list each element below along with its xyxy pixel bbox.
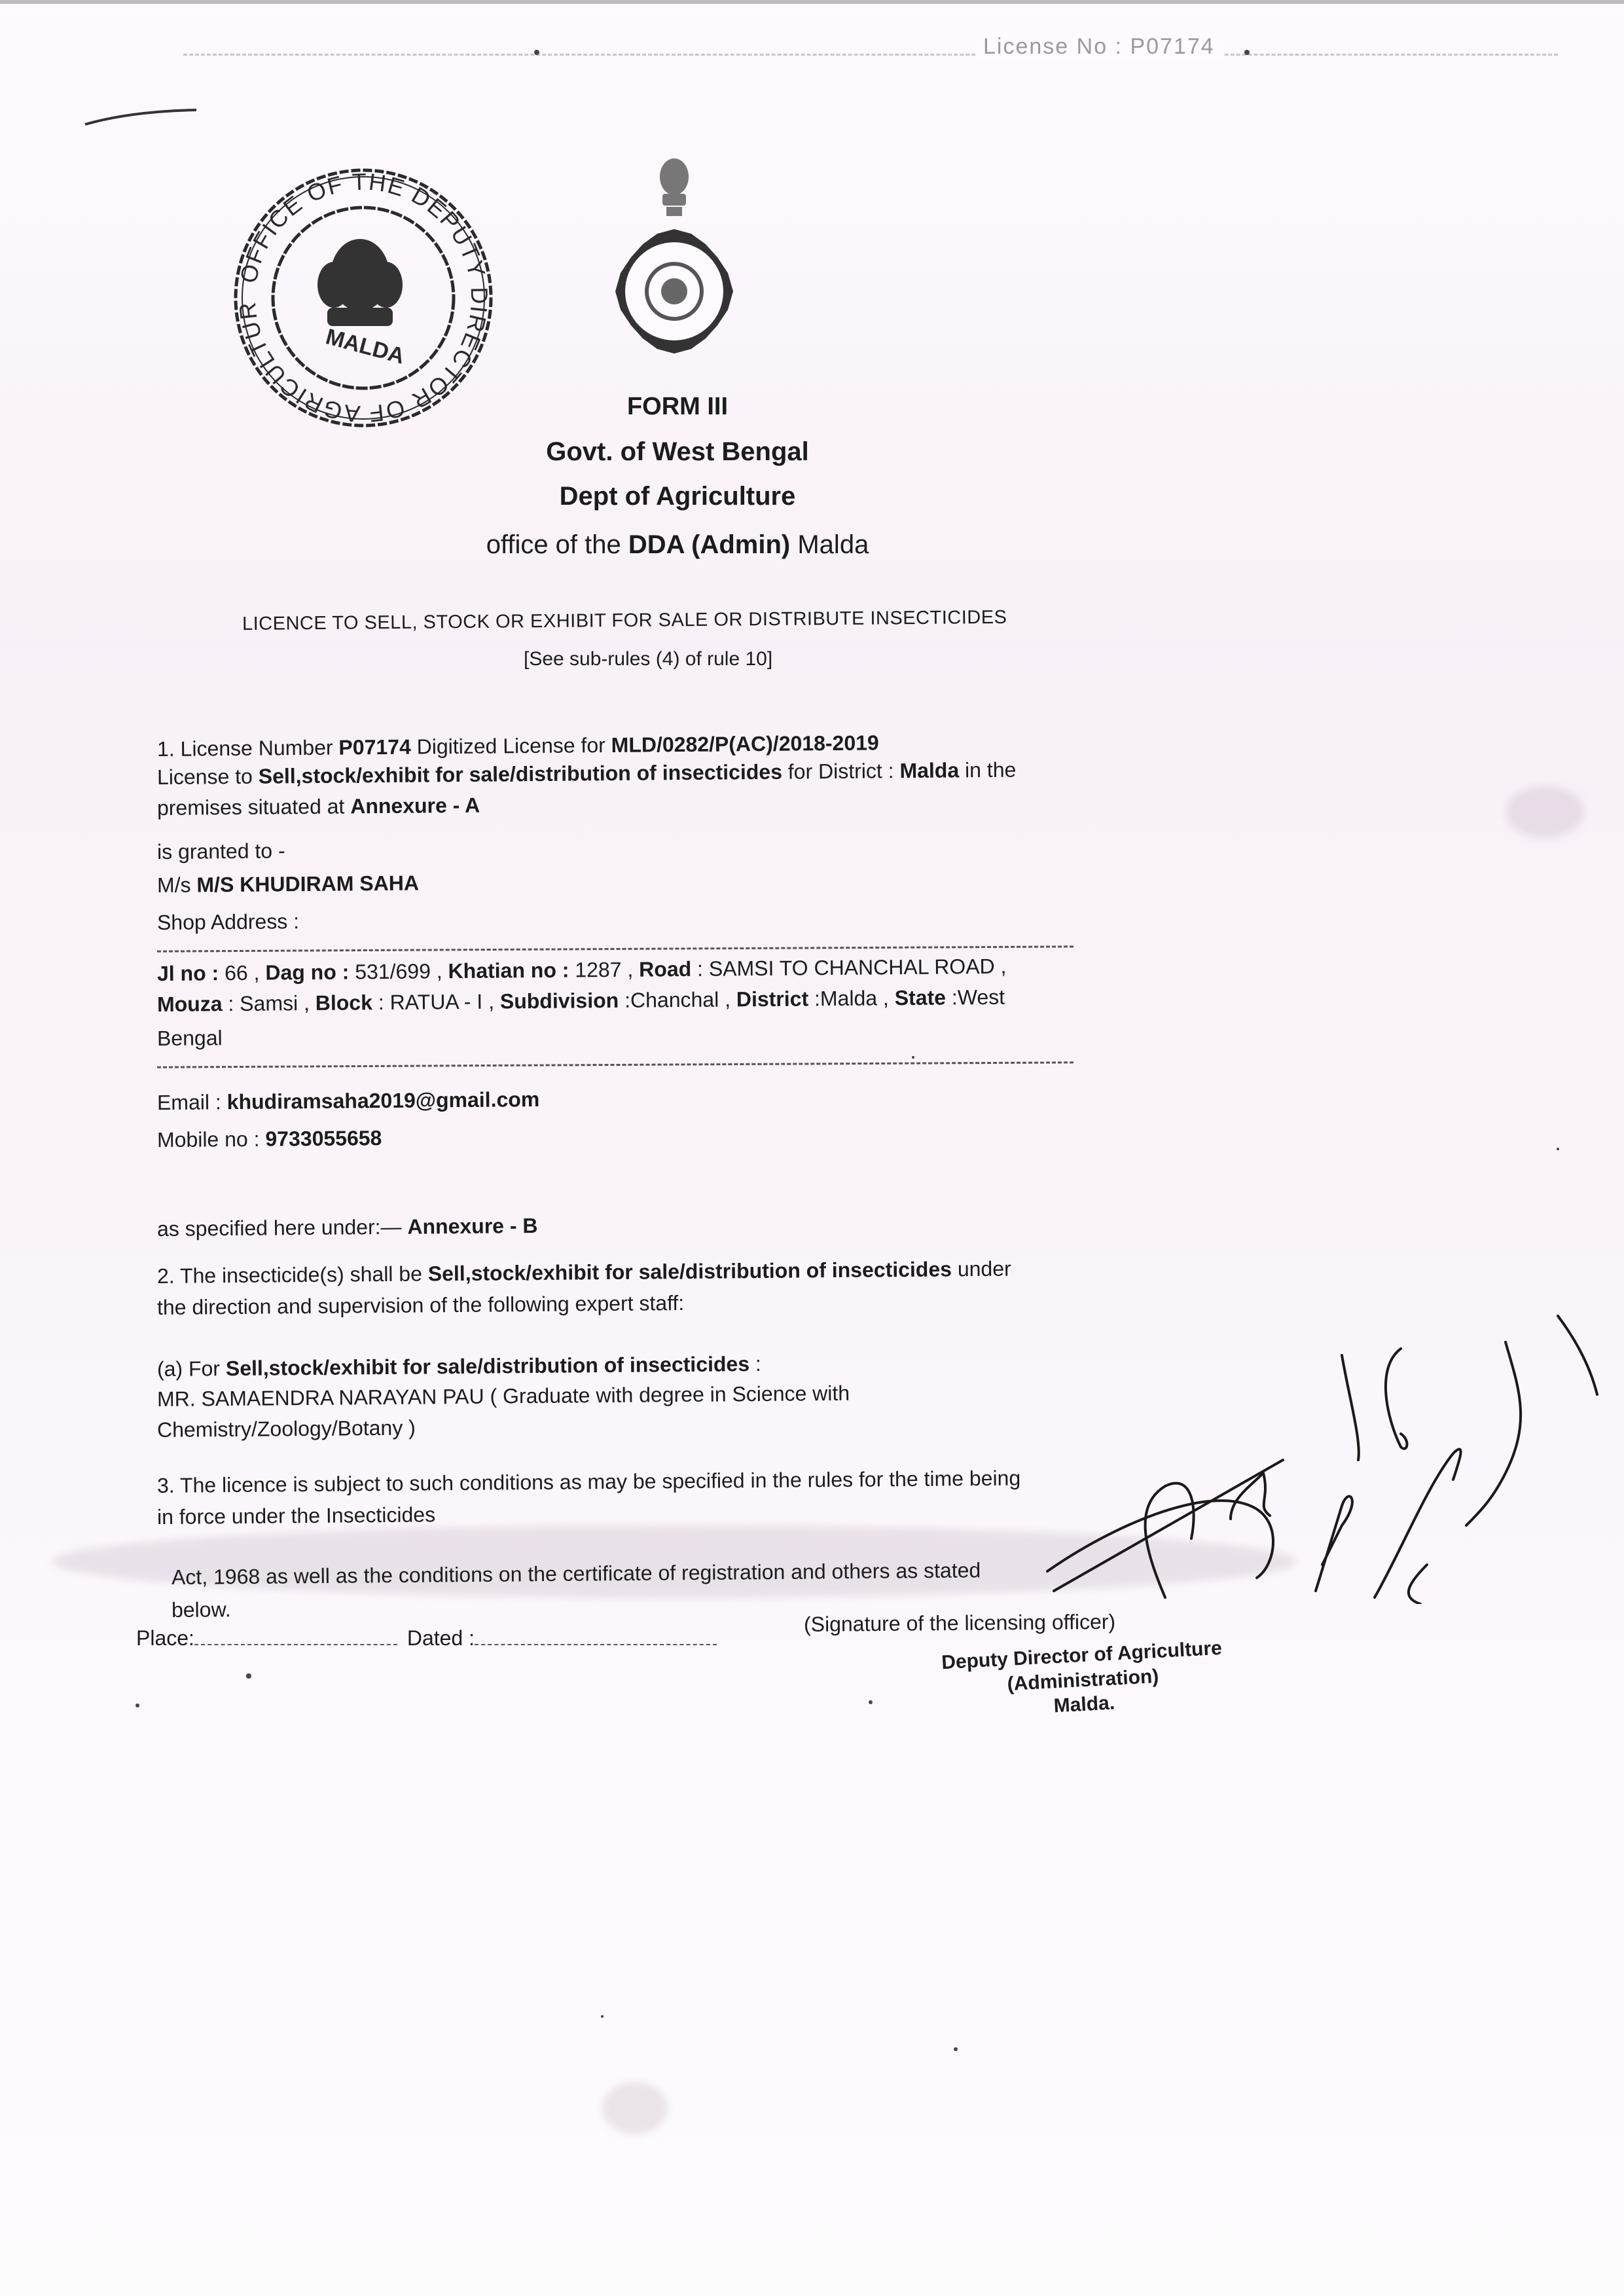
dated-label: Dated : bbox=[407, 1626, 475, 1650]
khatian-number: 1287 bbox=[575, 958, 621, 982]
label: 2. The insecticide(s) shall be bbox=[157, 1262, 428, 1288]
section2-line1: 2. The insecticide(s) shall be Sell,stoc… bbox=[157, 1256, 1011, 1289]
license-number: P07174 bbox=[338, 735, 411, 759]
label: License to bbox=[157, 765, 259, 789]
office-prefix: office of the bbox=[486, 530, 628, 559]
state: :West bbox=[946, 985, 1005, 1010]
label: Mobile no : bbox=[157, 1127, 266, 1152]
expert-staff-line1: MR. SAMAENDRA NARAYAN PAU ( Graduate wit… bbox=[157, 1381, 850, 1412]
shop-address-label: Shop Address : bbox=[157, 909, 299, 935]
place-blank bbox=[194, 1639, 397, 1645]
scan-smudge bbox=[602, 2082, 668, 2134]
scan-edge bbox=[0, 0, 1624, 4]
licensed-activity: Sell,stock/exhibit for sale/distribution… bbox=[259, 760, 782, 788]
label: Jl no : bbox=[157, 961, 225, 985]
label: 1. License Number bbox=[157, 736, 339, 761]
header-dashed-line bbox=[183, 54, 1558, 56]
section3-line4: below. bbox=[171, 1597, 231, 1622]
government-name: Govt. of West Bengal bbox=[0, 437, 1355, 467]
licensee-name: M/S KHUDIRAM SAHA bbox=[196, 871, 419, 897]
label: M/s bbox=[157, 873, 197, 897]
section1-line1: 1. License Number P07174 Digitized Licen… bbox=[157, 730, 879, 761]
office-name: DDA (Admin) bbox=[628, 530, 790, 559]
dated-blank bbox=[475, 1639, 717, 1645]
department-name: Dept of Agriculture bbox=[0, 482, 1355, 511]
address-divider-bottom bbox=[157, 1061, 1074, 1068]
licence-title: LICENCE TO SELL, STOCK OR EXHIBIT FOR SA… bbox=[242, 607, 1007, 635]
issuing-office: office of the DDA (Admin) Malda bbox=[0, 530, 1355, 560]
expert-staff-line2: Chemistry/Zoology/Botany ) bbox=[157, 1415, 416, 1443]
block: : RATUA - I , bbox=[372, 989, 500, 1014]
label: under bbox=[952, 1257, 1011, 1281]
address-district: :Malda , bbox=[808, 986, 895, 1010]
supervised-activity: Sell,stock/exhibit for sale/distribution… bbox=[226, 1352, 749, 1380]
label: (a) For bbox=[157, 1357, 226, 1381]
mobile-line: Mobile no : 9733055658 bbox=[157, 1125, 382, 1152]
label: State bbox=[895, 985, 947, 1010]
annexure-b: Annexure - B bbox=[407, 1214, 537, 1239]
office-stamp-icon: OFFICE OF THE DEPUTY DIRECTOR OF AGRICUL… bbox=[229, 164, 497, 432]
jl-number: 66 bbox=[225, 961, 248, 985]
label: as specified here under:— bbox=[157, 1215, 408, 1241]
pen-mark-icon bbox=[79, 98, 209, 137]
dag-number: 531/699 bbox=[355, 959, 431, 983]
label: : bbox=[749, 1352, 761, 1376]
officer-seal: Deputy Director of Agriculture (Administ… bbox=[941, 1636, 1225, 1724]
rule-reference: [See sub-rules (4) of rule 10] bbox=[524, 648, 772, 670]
annexure-a: Annexure - A bbox=[350, 793, 480, 818]
section3-line1: 3. The licence is subject to such condit… bbox=[157, 1465, 1021, 1498]
label: Subdivision bbox=[500, 989, 619, 1013]
label: Block bbox=[316, 991, 372, 1015]
road: : SAMSI TO CHANCHAL ROAD , bbox=[691, 955, 1007, 981]
handwritten-signature-icon bbox=[1034, 1290, 1604, 1604]
place-field: Place: Dated : bbox=[136, 1626, 717, 1650]
label: Khatian no : bbox=[448, 958, 575, 983]
license-number-header: License No : P07174 bbox=[975, 34, 1223, 60]
mouza: : Samsi , bbox=[222, 991, 316, 1015]
section1-line3: premises situated at Annexure - A bbox=[157, 793, 480, 821]
label: premises situated at bbox=[157, 794, 351, 820]
licensee-line: M/s M/S KHUDIRAM SAHA bbox=[157, 871, 419, 898]
section2-a-line: (a) For Sell,stock/exhibit for sale/dist… bbox=[157, 1351, 761, 1381]
address-line2: Mouza : Samsi , Block : RATUA - I , Subd… bbox=[157, 985, 1005, 1017]
label: Road bbox=[639, 957, 691, 981]
granted-to-label: is granted to - bbox=[157, 838, 285, 864]
label: District bbox=[736, 987, 809, 1011]
label: in the bbox=[959, 758, 1016, 782]
label: Mouza bbox=[157, 992, 223, 1016]
section3-line2: in force under the Insecticides bbox=[157, 1502, 435, 1529]
form-number: FORM III bbox=[0, 393, 1355, 421]
address-line1: Jl no : 66 , Dag no : 531/699 , Khatian … bbox=[157, 954, 1007, 987]
signature-caption: (Signature of the licensing officer) bbox=[804, 1609, 1115, 1637]
svg-text:MALDA: MALDA bbox=[323, 324, 407, 369]
west-bengal-emblem-icon bbox=[602, 151, 785, 360]
place-label: Place: bbox=[136, 1626, 194, 1650]
address-divider-top bbox=[157, 945, 1074, 952]
label: Digitized License for bbox=[411, 733, 611, 759]
address-line3: Bengal bbox=[157, 1025, 223, 1051]
section2-line2: the direction and supervision of the fol… bbox=[157, 1290, 685, 1320]
licensed-activity: Sell,stock/exhibit for sale/distribution… bbox=[428, 1257, 952, 1285]
scan-smudge bbox=[1506, 786, 1584, 838]
email-address: khudiramsaha2019@gmail.com bbox=[227, 1087, 540, 1114]
email-line: Email : khudiramsaha2019@gmail.com bbox=[157, 1087, 540, 1115]
annexure-b-line: as specified here under:— Annexure - B bbox=[157, 1213, 538, 1241]
digitized-license-number: MLD/0282/P(AC)/2018-2019 bbox=[611, 731, 879, 757]
office-location: Malda bbox=[790, 530, 869, 559]
section1-line2: License to Sell,stock/exhibit for sale/d… bbox=[157, 757, 1017, 790]
subdivision: :Chanchal , bbox=[619, 987, 736, 1012]
district: Malda bbox=[899, 758, 959, 782]
label: for District : bbox=[782, 759, 900, 784]
mobile-number: 9733055658 bbox=[265, 1126, 382, 1151]
label: Dag no : bbox=[265, 960, 355, 984]
label: Email : bbox=[157, 1090, 227, 1114]
